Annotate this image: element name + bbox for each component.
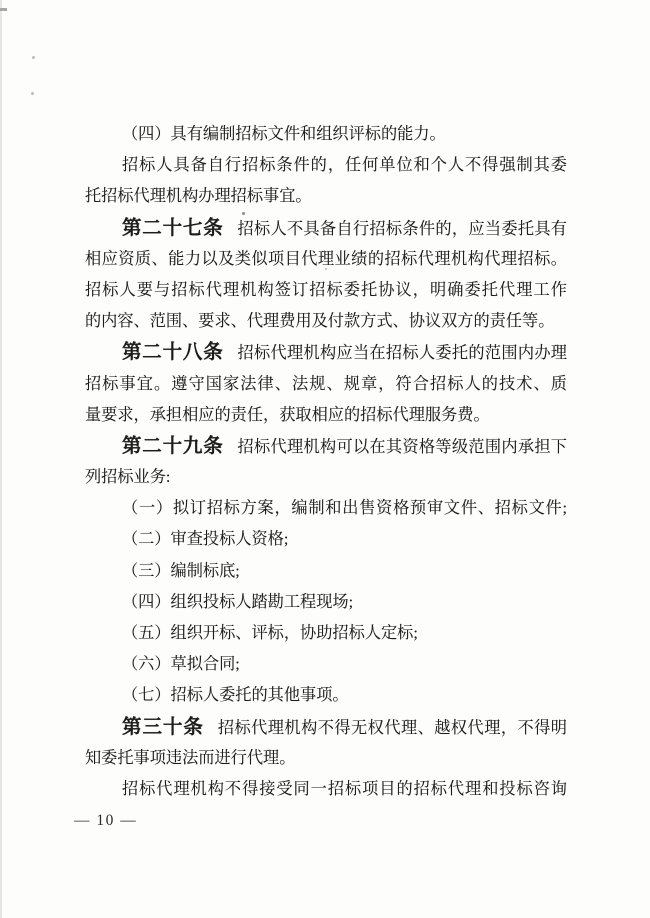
document-line: 知委托事项违法而进行代理。 xyxy=(85,743,567,774)
article-27-heading: 第二十七条 xyxy=(122,218,224,239)
article-30-heading: 第三十条 xyxy=(122,717,204,738)
document-line: 第二十九条招标代理机构可以在其资格等级范围内承担下 xyxy=(85,431,567,462)
document-line: 相应资质、能力以及类似项目代理业绩的招标代理机构代理招标。 xyxy=(85,244,567,275)
document-line: 托招标代理机构办理招标事宜。 xyxy=(85,181,567,212)
document-line: 列招标业务: xyxy=(85,462,567,493)
document-line: 招标事宜。遵守国家法律、法规、规章，符合招标人的技术、质 xyxy=(85,369,567,400)
article-28-heading: 第二十八条 xyxy=(122,342,224,363)
article-27-text: 招标人不具备自行招标条件的，应当委托具有 xyxy=(238,220,567,238)
article-29-heading: 第二十九条 xyxy=(122,436,224,457)
list-item-line: （三）编制标底; xyxy=(85,556,567,587)
scan-edge-shadow xyxy=(0,0,2,918)
document-line: 招标人具备自行招标条件的，任何单位和个人不得强制其委 xyxy=(85,150,567,181)
document-line: 量要求，承担相应的责任，获取相应的招标代理服务费。 xyxy=(85,400,567,431)
scan-speck xyxy=(32,56,35,59)
document-line: （四）具有编制招标文件和组织评标的能力。 xyxy=(85,119,567,150)
document-page: （四）具有编制招标文件和组织评标的能力。 招标人具备自行招标条件的，任何单位和个… xyxy=(0,0,650,918)
page-number: — 10 — xyxy=(74,812,137,830)
document-line: 第三十条招标代理机构不得无权代理、越权代理，不得明 xyxy=(85,712,567,743)
document-line: 第二十八条招标代理机构应当在招标人委托的范围内办理 xyxy=(85,337,567,368)
list-item-line: （六）草拟合同; xyxy=(85,649,567,680)
article-29-text: 招标代理机构可以在其资格等级范围内承担下 xyxy=(238,438,567,456)
list-item-line: （七）招标人委托的其他事项。 xyxy=(85,680,567,711)
document-line: 招标代理机构不得接受同一招标项目的招标代理和投标咨询 xyxy=(85,774,567,805)
document-body: （四）具有编制招标文件和组织评标的能力。 招标人具备自行招标条件的，任何单位和个… xyxy=(85,119,567,805)
list-item-line: （二）审查投标人资格; xyxy=(85,524,567,555)
scan-corner-mark xyxy=(0,8,7,11)
article-30-text: 招标代理机构不得无权代理、越权代理，不得明 xyxy=(218,719,567,737)
document-line: 第二十七条招标人不具备自行招标条件的，应当委托具有 xyxy=(85,213,567,244)
list-item-line: （五）组织开标、评标，协助招标人定标; xyxy=(85,618,567,649)
document-line: 招标人要与招标代理机构签订招标委托协议，明确委托代理工作 xyxy=(85,275,567,306)
scan-speck xyxy=(31,92,34,95)
document-line: （一）拟订招标方案，编制和出售资格预审文件、招标文件; xyxy=(85,493,567,524)
document-line: 的内容、范围、要求、代理费用及付款方式、协议双方的责任等。 xyxy=(85,306,567,337)
article-28-text: 招标代理机构应当在招标人委托的范围内办理 xyxy=(238,344,567,362)
list-item-line: （四）组织投标人踏勘工程现场; xyxy=(85,587,567,618)
